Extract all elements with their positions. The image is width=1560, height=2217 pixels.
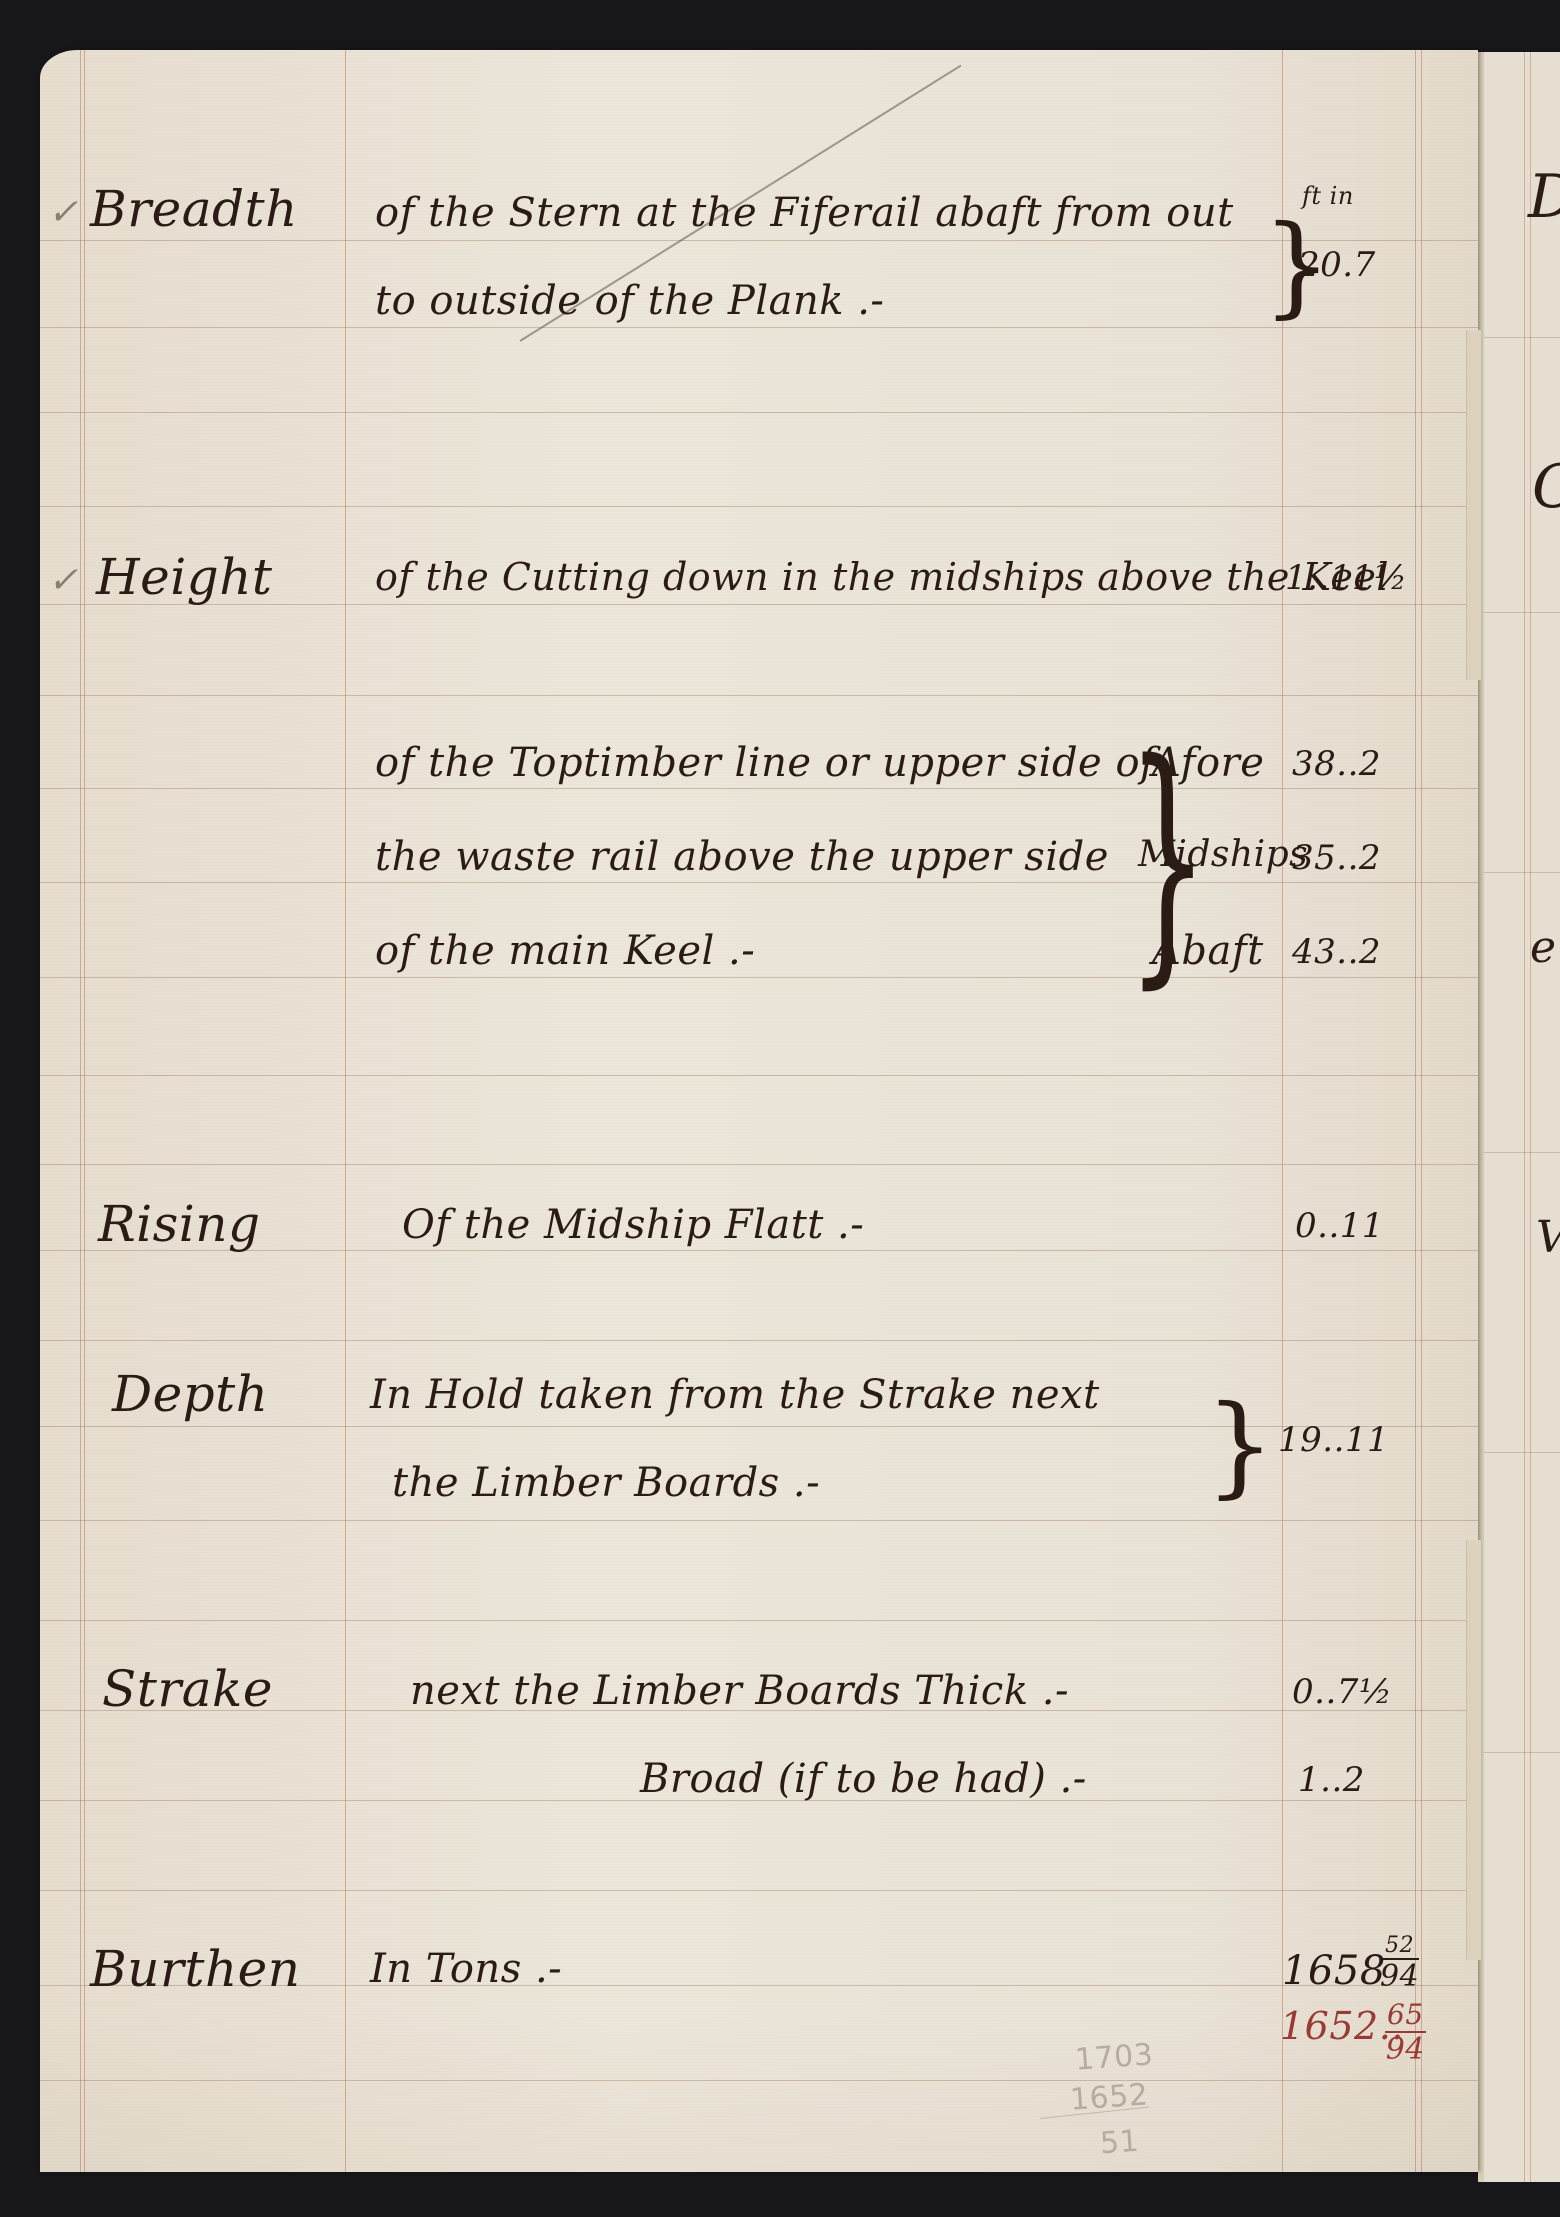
toptimber-description-line1: of the Toptimber line or upper side of — [375, 740, 1155, 786]
adjacent-page-hrule — [1484, 612, 1560, 613]
adjacent-page-hrule — [1484, 872, 1560, 873]
page-edge-tear — [1466, 330, 1481, 680]
margin-rule — [80, 50, 81, 2172]
adjacent-page-hrule — [1484, 1152, 1560, 1153]
burthen-fraction-denominator: 94 — [1380, 1960, 1419, 1993]
adjacent-page-rule — [1524, 52, 1525, 2182]
rising-description: Of the Midship Flatt .- — [402, 1202, 864, 1248]
burthen-fraction: 52 94 — [1380, 1934, 1419, 1993]
brace: } — [1205, 1390, 1275, 1500]
value-column-right-rule — [1415, 50, 1416, 2172]
position-label-afore: Afore — [1152, 740, 1264, 786]
ruled-line — [40, 695, 1478, 696]
margin-check-mark: ✓ — [48, 560, 79, 601]
adjacent-page-letter: V — [1536, 1212, 1560, 1263]
entry-heading-depth: Depth — [112, 1365, 268, 1423]
depth-description-line1: In Hold taken from the Strake next — [370, 1372, 1100, 1418]
ruled-line — [40, 1075, 1478, 1076]
margin-check-mark: ✓ — [48, 192, 79, 233]
toptimber-description-line2: the waste rail above the upper side — [375, 834, 1109, 880]
ruled-line — [40, 1164, 1478, 1165]
page-edge-tear — [1466, 1540, 1481, 1960]
burthen-red-numerator: 65 — [1385, 2000, 1426, 2033]
adjacent-page-hrule — [1484, 1752, 1560, 1753]
toptimber-description-line3: of the main Keel .- — [375, 928, 755, 974]
adjacent-page-letter: e — [1530, 922, 1556, 973]
value-column-right-rule — [1421, 50, 1422, 2172]
ruled-line — [40, 506, 1478, 507]
height-cutting-value: 1..11½ — [1285, 558, 1407, 598]
ruled-line — [40, 977, 1478, 978]
entry-heading-rising: Rising — [98, 1195, 261, 1253]
depth-description-line2: the Limber Boards .- — [392, 1460, 820, 1506]
adjacent-page-letter: D — [1528, 162, 1560, 232]
ruled-line — [40, 2080, 1478, 2081]
burthen-red-denominator: 94 — [1385, 2033, 1426, 2066]
adjacent-page-letter: C — [1532, 452, 1560, 522]
entry-heading-burthen: Burthen — [90, 1940, 300, 1998]
ruled-line — [40, 412, 1478, 413]
breadth-description-line1: of the Stern at the Fiferail abaft from … — [375, 190, 1234, 236]
position-value-afore: 38..2 — [1292, 744, 1381, 784]
pencil-note: 1703 — [1074, 2037, 1155, 2077]
strake-thick-value: 0..7½ — [1292, 1672, 1392, 1712]
adjacent-page-hrule — [1484, 337, 1560, 338]
ledger-page: ft in ✓ Breadth of the Stern at the Fife… — [40, 50, 1478, 2172]
strake-thick-description: next the Limber Boards Thick .- — [410, 1668, 1069, 1714]
value-column-rule — [1282, 50, 1283, 2172]
burthen-description: In Tons .- — [370, 1946, 562, 1992]
burthen-red-fraction: 65 94 — [1385, 2000, 1426, 2066]
breadth-value: 20.7 — [1298, 245, 1376, 285]
position-label-midships: Midships — [1138, 834, 1308, 875]
breadth-description-line2: to outside of the Plank .- — [375, 278, 884, 324]
burthen-fraction-numerator: 52 — [1380, 1934, 1419, 1960]
position-value-abaft: 43..2 — [1292, 932, 1381, 972]
adjacent-page-hrule — [1484, 1452, 1560, 1453]
position-value-midships: 35..2 — [1292, 838, 1381, 878]
strake-broad-value: 1..2 — [1298, 1760, 1365, 1800]
entry-heading-breadth: Breadth — [90, 180, 298, 238]
pencil-note: 51 — [1099, 2124, 1141, 2162]
adjacent-page-edge: D C e V — [1478, 52, 1560, 2182]
ruled-line — [40, 1890, 1478, 1891]
text-column-rule — [345, 50, 346, 2172]
ruled-line — [40, 788, 1478, 789]
page-shading — [40, 2012, 1478, 2172]
entry-heading-height: Height — [96, 548, 273, 606]
depth-value: 19..11 — [1278, 1420, 1389, 1460]
adjacent-page-rule — [1530, 52, 1531, 2182]
position-label-abaft: Abaft — [1152, 928, 1264, 974]
entry-heading-strake: Strake — [102, 1660, 273, 1718]
margin-rule — [84, 50, 85, 2172]
rising-value: 0..11 — [1295, 1206, 1384, 1246]
ruled-line — [40, 1620, 1478, 1621]
strake-broad-description: Broad (if to be had) .- — [640, 1756, 1087, 1802]
ruled-line — [40, 1520, 1478, 1521]
ruled-line — [40, 1340, 1478, 1341]
height-cutting-description: of the Cutting down in the midships abov… — [375, 555, 1389, 599]
burthen-value: 1658 — [1282, 1948, 1386, 1994]
ruled-line — [40, 882, 1478, 883]
